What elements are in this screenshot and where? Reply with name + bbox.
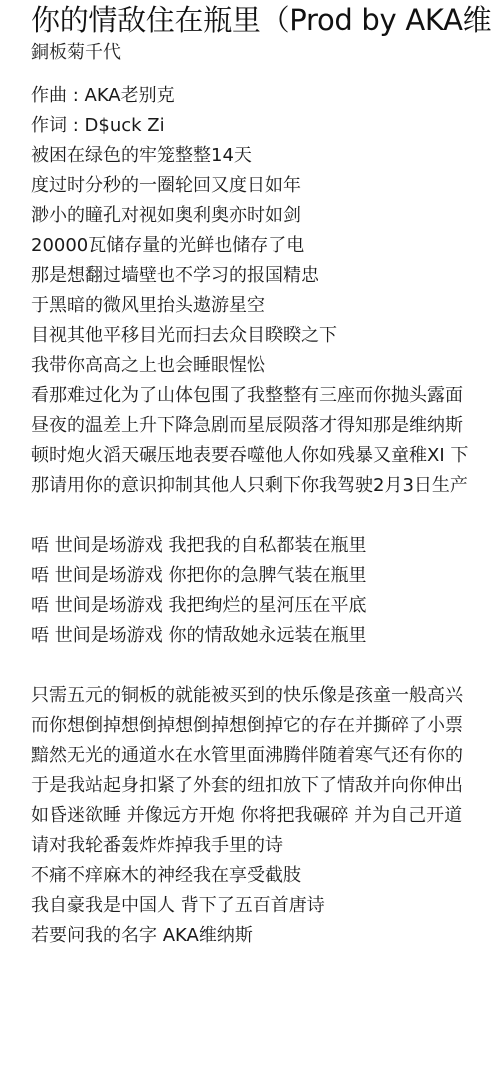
lyric-line: 不痛不痒麻木的神经我在享受截肢	[31, 861, 500, 891]
lyrics-body: 作曲 : AKA老别克 作词 : D$uck Zi 被困在绿色的牢笼整整14天 …	[31, 81, 500, 951]
chorus-line: 唔 世间是场游戏 你的情敌她永远装在瓶里	[31, 621, 500, 651]
artist-name: 銅板菊千代	[31, 40, 500, 66]
lyric-line: 那是想翻过墙壁也不学习的报国精忠	[31, 261, 500, 291]
lyric-line: 请对我轮番轰炸炸掉我手里的诗	[31, 831, 500, 861]
lyric-line: 20000瓦储存量的光鲜也储存了电	[31, 231, 500, 261]
lyric-line: 如昏迷欲睡 并像远方开炮 你将把我碾碎 并为自己开道	[31, 801, 500, 831]
stanza-break	[31, 501, 500, 531]
chorus-line: 唔 世间是场游戏 我把绚烂的星河压在平底	[31, 591, 500, 621]
lyric-line: 黯然无光的通道水在水管里面沸腾伴随着寒气还有你的	[31, 741, 500, 771]
lyric-line: 于黑暗的微风里抬头遨游星空	[31, 291, 500, 321]
lyric-line: 看那难过化为了山体包围了我整整有三座而你抛头露面	[31, 381, 500, 411]
song-title: 你的情敌住在瓶里（Prod by AKA维	[31, 0, 500, 40]
lyric-line: 昼夜的温差上升下降急剧而星辰陨落才得知那是维纳斯	[31, 411, 500, 441]
stanza-break	[31, 651, 500, 681]
lyric-line: 渺小的瞳孔对视如奥利奥亦时如剑	[31, 201, 500, 231]
lyric-line: 若要问我的名字 AKA维纳斯	[31, 921, 500, 951]
lyric-line: 那请用你的意识抑制其他人只剩下你我驾驶2月3日生产	[31, 471, 500, 501]
chorus-line: 唔 世间是场游戏 你把你的急脾气装在瓶里	[31, 561, 500, 591]
lyrics-page: 你的情敌住在瓶里（Prod by AKA维 銅板菊千代 作曲 : AKA老别克 …	[31, 0, 500, 951]
lyric-line-lyricist: 作词 : D$uck Zi	[31, 111, 500, 141]
lyric-line: 于是我站起身扣紧了外套的纽扣放下了情敌并向你伸出	[31, 771, 500, 801]
lyric-line: 我带你高高之上也会睡眼惺忪	[31, 351, 500, 381]
lyric-line: 目视其他平移目光而扫去众目睽睽之下	[31, 321, 500, 351]
chorus-line: 唔 世间是场游戏 我把我的自私都装在瓶里	[31, 531, 500, 561]
lyric-line: 度过时分秒的一圈轮回又度日如年	[31, 171, 500, 201]
lyric-line: 我自豪我是中国人 背下了五百首唐诗	[31, 891, 500, 921]
lyric-line: 而你想倒掉想倒掉想倒掉想倒掉它的存在并撕碎了小票	[31, 711, 500, 741]
lyric-line: 只需五元的铜板的就能被买到的快乐像是孩童一般高兴	[31, 681, 500, 711]
lyric-line-composer: 作曲 : AKA老别克	[31, 81, 500, 111]
lyric-line: 顿时炮火滔天碾压地表要吞噬他人你如残暴又童稚XI 下	[31, 441, 500, 471]
lyric-line: 被困在绿色的牢笼整整14天	[31, 141, 500, 171]
